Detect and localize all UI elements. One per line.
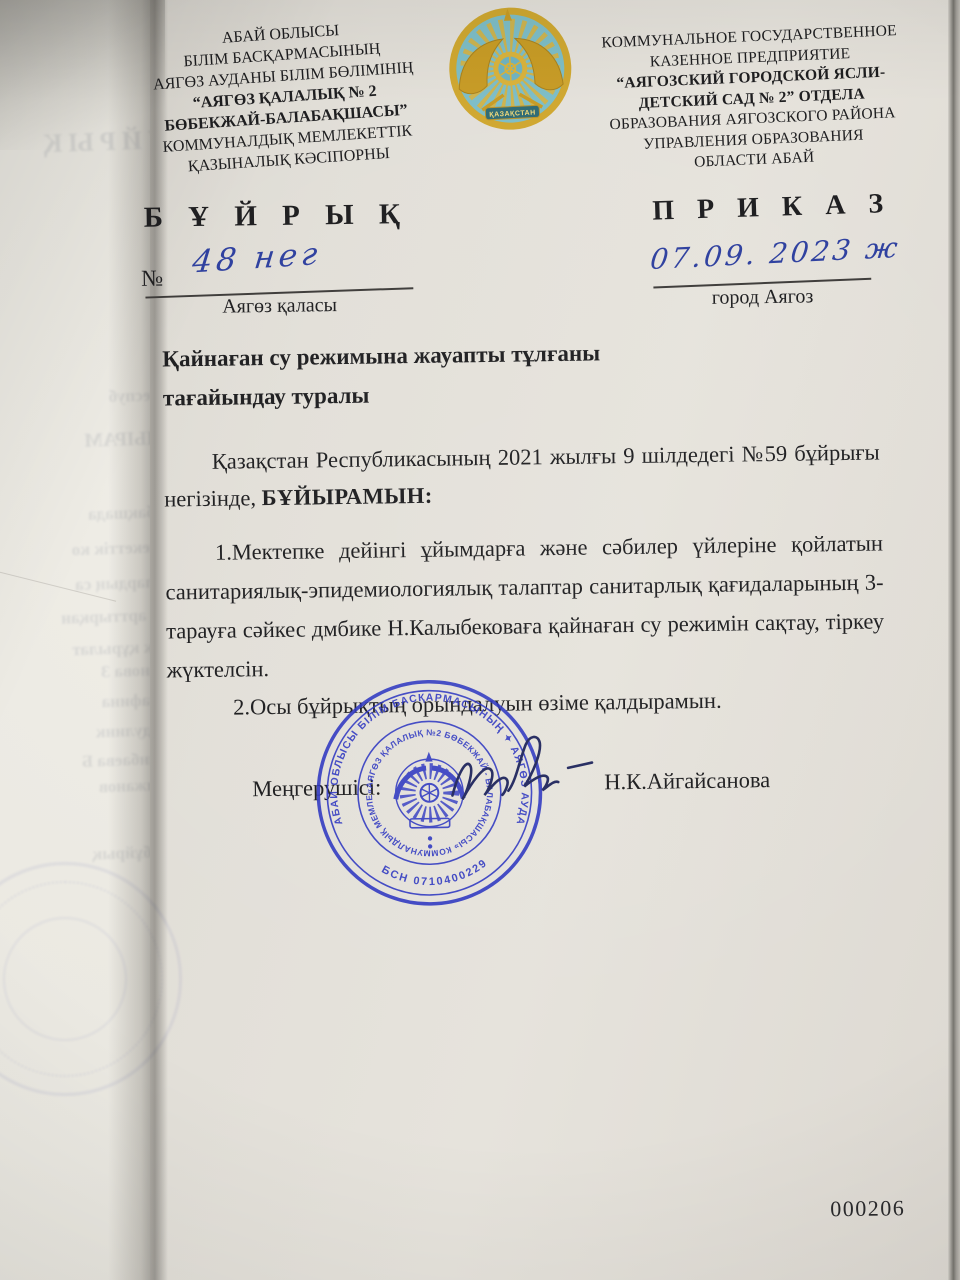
order-verb: БҰЙЫРАМЫН: — [261, 483, 433, 510]
signatory-name: Н.К.Айгайсанова — [604, 767, 770, 795]
order-title-kazakh: Б Ұ Й Р Ы Қ — [142, 198, 410, 235]
document-photo: БҰЙРЫҚ зан Респуб БҰЙЫРАМ балабақшада ме… — [0, 0, 960, 1280]
number-label: № — [141, 266, 163, 292]
page-number: 000206 — [830, 1195, 905, 1222]
signature-scrawl — [442, 727, 613, 829]
place-russian: город Аягоз — [653, 285, 871, 311]
paper-edge — [948, 0, 960, 1280]
org-header-kazakh: АБАЙ ОБЛЫСЫ БІЛІМ БАСҚАРМАСЫНЫҢ АЯГӨЗ АУ… — [110, 13, 459, 182]
order-title-russian: П Р И К А З — [652, 189, 873, 228]
place-kazakh: Аягөз қаласы — [145, 293, 413, 320]
emblem-graphic: ҚАЗАҚСТАН — [443, 2, 577, 136]
order-subject: Қайнаған су режимына жауапты тұлғаны тағ… — [162, 332, 723, 418]
handwritten-order-number: 48 нег — [190, 236, 323, 280]
order-page: АБАЙ ОБЛЫСЫ БІЛІМ БАСҚАРМАСЫНЫҢ АЯГӨЗ АУ… — [131, 0, 960, 1280]
subject-line: тағайындау туралы — [163, 371, 723, 418]
order-basis-paragraph: Қазақстан Республикасының 2021 жылғы 9 ш… — [163, 434, 880, 518]
order-item-1: 1.Мектепке дейінгі ұйымдарға және сәбиле… — [165, 523, 885, 689]
signature-graphic — [442, 727, 613, 829]
kazakhstan-coat-of-arms-emblem: ҚАЗАҚСТАН — [443, 2, 577, 136]
handwritten-date: 07.09. 2023 ж — [649, 231, 903, 276]
org-header-russian: КОММУНАЛЬНОЕ ГОСУДАРСТВЕННОЕ КАЗЕННОЕ ПР… — [578, 20, 926, 178]
